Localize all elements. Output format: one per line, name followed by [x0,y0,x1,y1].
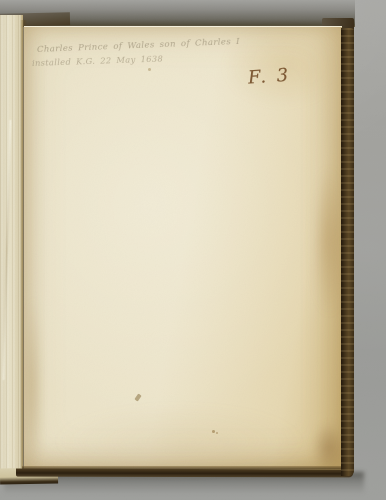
book-page [24,26,342,470]
stain-left-streak [24,296,42,476]
cover-edge-right [341,28,354,476]
ink-folio-mark: F. 3 [247,65,291,89]
cover-edge-bottom [16,469,353,478]
speck [134,393,141,401]
photograph-of-book: Charles Prince of Wales son of Charles I… [0,0,386,500]
speck [148,68,151,71]
speck [212,430,215,433]
speck [216,432,218,434]
